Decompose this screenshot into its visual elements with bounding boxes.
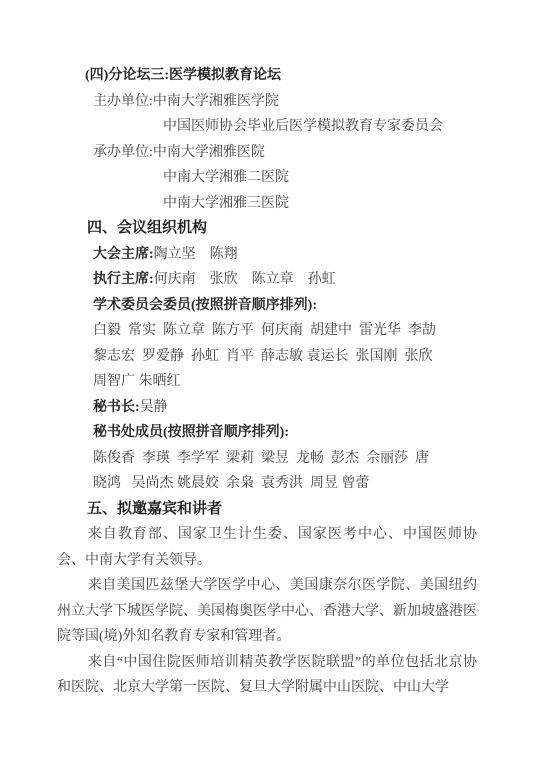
secretariat-names-row-2: 晓鸿 吴尚杰 姚晨姣 余枭 袁秀洪 周昱 曾蕾 — [57, 471, 477, 497]
conference-chair-line: 大会主席:陶立坚 陈翔 — [57, 242, 477, 268]
executive-chair-label: 执行主席: — [93, 272, 154, 287]
guests-section: 五、拟邀嘉宾和讲者 来自教育部、国家卫生计生委、国家医考中心、中国医师协会、中南… — [57, 497, 477, 701]
secretary-general-line: 秘书长:吴静 — [57, 395, 477, 421]
executive-chair-names: 何庆南 张欣 陈立章 孙虹 — [154, 272, 336, 287]
host-unit-label: 主办单位: — [93, 94, 153, 109]
executive-chair-line: 执行主席:何庆南 张欣 陈立章 孙虹 — [57, 267, 477, 293]
organizer-unit-value: 中南大学湘雅医院 — [153, 145, 265, 160]
organizer-unit-label: 承办单位: — [93, 145, 153, 160]
conference-chair-names: 陶立坚 陈翔 — [154, 247, 238, 262]
organization-section: 四、会议组织机构 大会主席:陶立坚 陈翔 执行主席:何庆南 张欣 陈立章 孙虹 … — [57, 216, 477, 497]
guests-paragraph-1: 来自教育部、国家卫生计生委、国家医考中心、中国医师协会、中南大学有关领导。 — [57, 522, 477, 573]
secretary-general-name: 吴静 — [140, 400, 168, 415]
forum3-heading: (四)分论坛三:医学模拟教育论坛 — [57, 63, 477, 89]
secretariat-label: 秘书处成员(按照拼音顺序排列): — [57, 420, 477, 446]
academic-committee-names-row-2: 黎志宏 罗爱静 孙虹 肖平 薛志敏 袁运长 张国刚 张欣 — [57, 344, 477, 370]
guests-paragraph-2: 来自美国匹兹堡大学医学中心、美国康奈尔医学院、美国纽约州立大学下城医学院、美国梅… — [57, 573, 477, 650]
guests-paragraph-3: 来自“中国住院医师培训精英教学医院联盟”的单位包括北京协和医院、北京大学第一医院… — [57, 650, 477, 701]
host-unit-line: 主办单位:中南大学湘雅医学院 — [57, 89, 477, 115]
host-unit-value: 中南大学湘雅医学院 — [153, 94, 279, 109]
organizer-unit-additional-2: 中南大学湘雅三医院 — [57, 191, 477, 217]
academic-committee-label: 学术委员会委员(按照拼音顺序排列): — [57, 293, 477, 319]
organizer-unit-additional-1: 中南大学湘雅二医院 — [57, 165, 477, 191]
organizer-unit-line: 承办单位:中南大学湘雅医院 — [57, 140, 477, 166]
host-unit-additional: 中国医师协会毕业后医学模拟教育专家委员会 — [57, 114, 477, 140]
forum3-section: (四)分论坛三:医学模拟教育论坛 主办单位:中南大学湘雅医学院 中国医师协会毕业… — [57, 63, 477, 216]
secretary-general-label: 秘书长: — [93, 400, 140, 415]
guests-heading: 五、拟邀嘉宾和讲者 — [57, 497, 477, 523]
document-page: (四)分论坛三:医学模拟教育论坛 主办单位:中南大学湘雅医学院 中国医师协会毕业… — [0, 0, 534, 769]
academic-committee-names-row-1: 白毅 常实 陈立章 陈方平 何庆南 胡建中 雷光华 李劼 — [57, 318, 477, 344]
organization-heading: 四、会议组织机构 — [57, 216, 477, 242]
academic-committee-names-row-3: 周智广 朱晒红 — [57, 369, 477, 395]
secretariat-names-row-1: 陈俊香 李瑛 李学军 梁莉 梁昱 龙畅 彭杰 佘丽莎 唐 — [57, 446, 477, 472]
conference-chair-label: 大会主席: — [93, 247, 154, 262]
